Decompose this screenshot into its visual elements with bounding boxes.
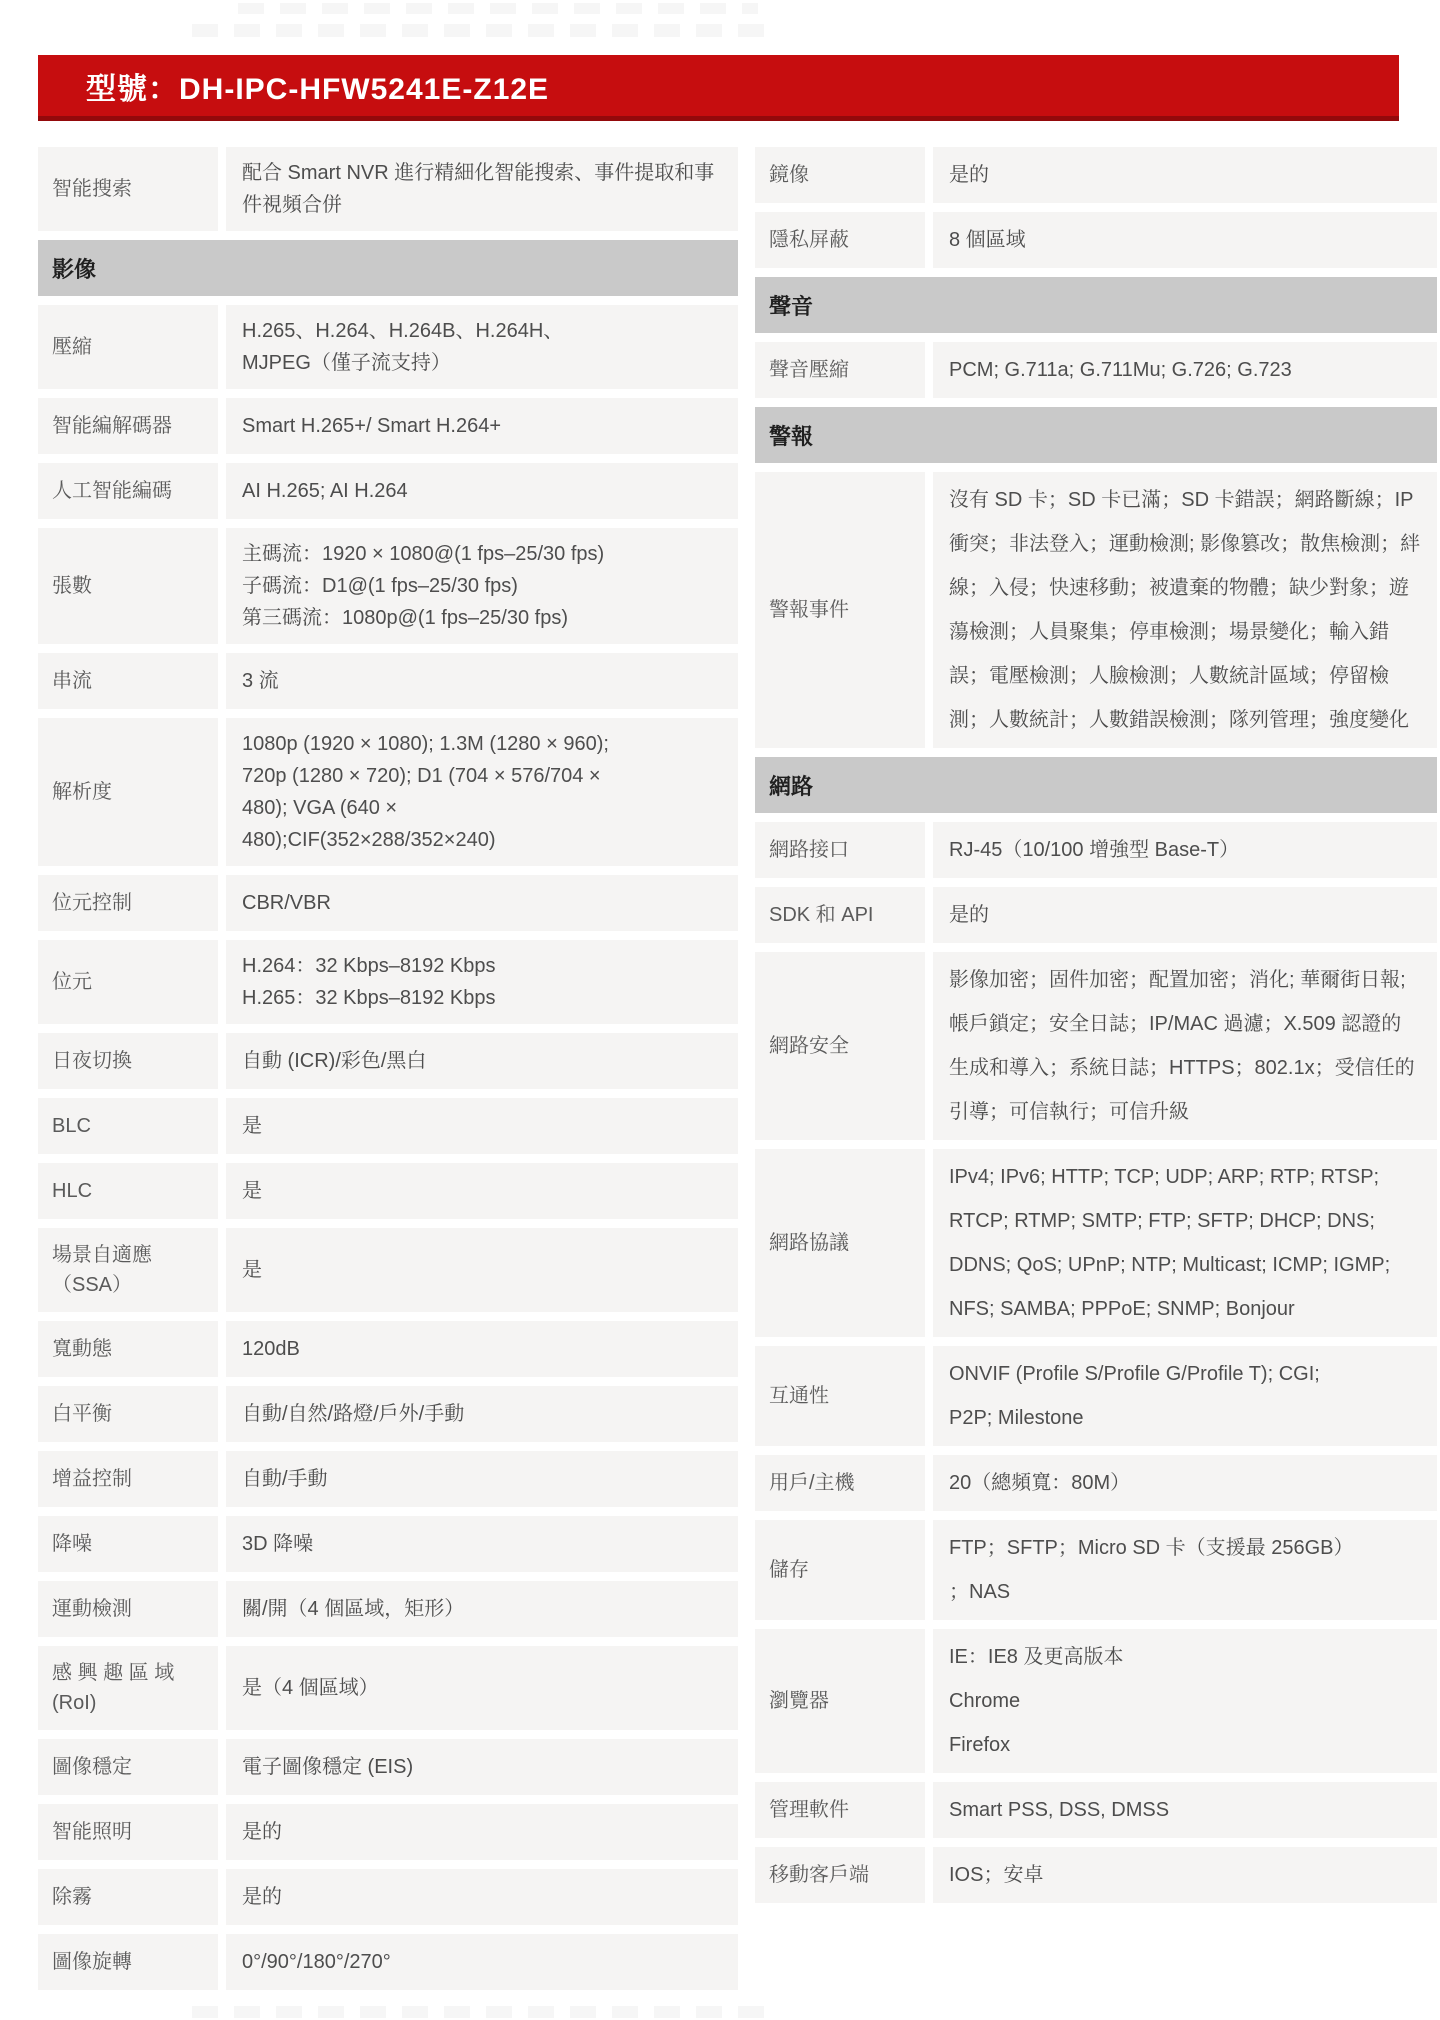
- spec-row: 瀏覽器IE：IE8 及更高版本 Chrome Firefox: [755, 1629, 1437, 1773]
- spec-value: 是的: [242, 1881, 282, 1913]
- spec-value-cell: 自動/手動: [226, 1451, 738, 1507]
- spec-label: 人工智能編碼: [52, 476, 172, 506]
- spec-label-cell: 智能照明: [38, 1804, 218, 1860]
- spec-label-cell: 人工智能編碼: [38, 463, 218, 519]
- section-header: 網路: [755, 757, 1437, 813]
- section-header: 影像: [38, 240, 738, 296]
- spec-row: HLC是: [38, 1163, 738, 1219]
- spec-value-cell: H.264：32 Kbps–8192 Kbps H.265：32 Kbps–81…: [226, 940, 738, 1024]
- spec-value-cell: CBR/VBR: [226, 875, 738, 931]
- spec-value: 0°/90°/180°/270°: [242, 1946, 391, 1978]
- spec-label-cell: SDK 和 API: [755, 887, 925, 943]
- spec-row: 隱私屏蔽8 個區域: [755, 212, 1437, 268]
- spec-row: 移動客戶端IOS；安卓: [755, 1847, 1437, 1903]
- spec-row: 網路接口RJ-45（10/100 增強型 Base-T）: [755, 822, 1437, 878]
- spec-value-cell: 3D 降噪: [226, 1516, 738, 1572]
- spec-value: 120dB: [242, 1333, 300, 1365]
- spec-value-cell: IE：IE8 及更高版本 Chrome Firefox: [933, 1629, 1437, 1773]
- spec-label-cell: 鏡像: [755, 147, 925, 203]
- spec-label-cell: 寬動態: [38, 1321, 218, 1377]
- spec-row: 白平衡自動/自然/路燈/戶外/手動: [38, 1386, 738, 1442]
- spec-row: 智能照明是的: [38, 1804, 738, 1860]
- spec-row: BLC是: [38, 1098, 738, 1154]
- spec-value: Smart PSS, DSS, DMSS: [949, 1788, 1169, 1832]
- spec-value: 主碼流：1920 × 1080@(1 fps–25/30 fps) 子碼流：D1…: [242, 538, 604, 634]
- spec-row: 儲存FTP；SFTP；Micro SD 卡（支援最 256GB） ；NAS: [755, 1520, 1437, 1620]
- spec-label-cell: 網路安全: [755, 952, 925, 1140]
- spec-value: 自動 (ICR)/彩色/黑白: [242, 1045, 426, 1077]
- spec-label: 鏡像: [769, 160, 809, 190]
- spec-row: 位元控制CBR/VBR: [38, 875, 738, 931]
- spec-value: 1080p (1920 × 1080); 1.3M (1280 × 960); …: [242, 728, 609, 856]
- spec-row: 網路協議IPv4; IPv6; HTTP; TCP; UDP; ARP; RTP…: [755, 1149, 1437, 1337]
- spec-value: H.264：32 Kbps–8192 Kbps H.265：32 Kbps–81…: [242, 950, 496, 1014]
- spec-value: 20（總頻寬：80M）: [949, 1461, 1130, 1505]
- spec-value: 8 個區域: [949, 218, 1026, 262]
- spec-label: 圖像旋轉: [52, 1947, 132, 1977]
- spec-value-cell: 是: [226, 1163, 738, 1219]
- spec-value: AI H.265; AI H.264: [242, 475, 408, 507]
- spec-row: 互通性ONVIF (Profile S/Profile G/Profile T)…: [755, 1346, 1437, 1446]
- spec-label: 用戶/主機: [769, 1468, 855, 1498]
- spec-value: CBR/VBR: [242, 887, 331, 919]
- spec-value-cell: Smart PSS, DSS, DMSS: [933, 1782, 1437, 1838]
- spec-label: 除霧: [52, 1882, 92, 1912]
- spec-label-cell: 除霧: [38, 1869, 218, 1925]
- section-header: 聲音: [755, 277, 1437, 333]
- spec-row: 智能編解碼器Smart H.265+/ Smart H.264+: [38, 398, 738, 454]
- spec-label: 位元控制: [52, 888, 132, 918]
- spec-value: FTP；SFTP；Micro SD 卡（支援最 256GB） ；NAS: [949, 1526, 1354, 1614]
- spec-label-cell: 儲存: [755, 1520, 925, 1620]
- spec-label: 瀏覽器: [769, 1686, 829, 1716]
- spec-label-cell: 串流: [38, 653, 218, 709]
- spec-label-cell: 智能搜索: [38, 147, 218, 231]
- spec-value-cell: 配合 Smart NVR 進行精細化智能搜索、事件提取和事件視頻合併: [226, 147, 738, 231]
- spec-row: 場景自適應 （SSA）是: [38, 1228, 738, 1312]
- spec-row: 圖像穩定電子圖像穩定 (EIS): [38, 1739, 738, 1795]
- spec-label-cell: 運動檢測: [38, 1581, 218, 1637]
- spec-value-cell: 自動 (ICR)/彩色/黑白: [226, 1033, 738, 1089]
- spec-label-cell: 場景自適應 （SSA）: [38, 1228, 218, 1312]
- cropped-text-artifact-bottom: [192, 2006, 770, 2018]
- spec-label: 位元: [52, 967, 92, 997]
- spec-row: 降噪3D 降噪: [38, 1516, 738, 1572]
- spec-value: 自動/手動: [242, 1463, 328, 1495]
- spec-value: PCM; G.711a; G.711Mu; G.726; G.723: [949, 348, 1292, 392]
- spec-label: 移動客戶端: [769, 1860, 869, 1890]
- spec-value: 沒有 SD 卡；SD 卡已滿；SD 卡錯誤；網路斷線；IP 衝突；非法登入；運動…: [949, 478, 1421, 742]
- spec-label: 增益控制: [52, 1464, 132, 1494]
- spec-row: 聲音壓縮PCM; G.711a; G.711Mu; G.726; G.723: [755, 342, 1437, 398]
- cropped-text-artifact-top: [238, 3, 758, 14]
- spec-label-cell: 互通性: [755, 1346, 925, 1446]
- spec-row: 運動檢測關/開（4 個區域，矩形）: [38, 1581, 738, 1637]
- model-title-bar: 型號：DH-IPC-HFW5241E-Z12E: [38, 55, 1399, 121]
- spec-value: 是: [242, 1254, 262, 1286]
- spec-label-cell: 用戶/主機: [755, 1455, 925, 1511]
- section-header-label: 警報: [769, 420, 813, 451]
- spec-value-cell: IPv4; IPv6; HTTP; TCP; UDP; ARP; RTP; RT…: [933, 1149, 1437, 1337]
- spec-row: 寬動態120dB: [38, 1321, 738, 1377]
- spec-table-right: 鏡像是的隱私屏蔽8 個區域聲音聲音壓縮PCM; G.711a; G.711Mu;…: [755, 147, 1437, 1999]
- spec-value-cell: 是的: [226, 1804, 738, 1860]
- spec-label-cell: BLC: [38, 1098, 218, 1154]
- spec-value-cell: RJ-45（10/100 增強型 Base-T）: [933, 822, 1437, 878]
- spec-label: 寬動態: [52, 1334, 112, 1364]
- spec-label-cell: 壓縮: [38, 305, 218, 389]
- spec-label: BLC: [52, 1111, 91, 1141]
- spec-row: 日夜切換自動 (ICR)/彩色/黑白: [38, 1033, 738, 1089]
- spec-value-cell: 20（總頻寬：80M）: [933, 1455, 1437, 1511]
- spec-table-left: 智能搜索配合 Smart NVR 進行精細化智能搜索、事件提取和事件視頻合併影像…: [38, 147, 738, 1999]
- spec-value: 是: [242, 1110, 262, 1142]
- spec-label: 降噪: [52, 1529, 92, 1559]
- spec-value-cell: 主碼流：1920 × 1080@(1 fps–25/30 fps) 子碼流：D1…: [226, 528, 738, 644]
- spec-label-cell: 圖像旋轉: [38, 1934, 218, 1990]
- spec-row: 網路安全影像加密；固件加密；配置加密；消化; 華爾街日報; 帳戶鎖定；安全日誌；…: [755, 952, 1437, 1140]
- spec-value: 關/開（4 個區域，矩形）: [242, 1593, 464, 1625]
- model-title: 型號：DH-IPC-HFW5241E-Z12E: [86, 64, 549, 108]
- spec-label-cell: 智能編解碼器: [38, 398, 218, 454]
- spec-value: 自動/自然/路燈/戶外/手動: [242, 1398, 464, 1430]
- spec-value-cell: 沒有 SD 卡；SD 卡已滿；SD 卡錯誤；網路斷線；IP 衝突；非法登入；運動…: [933, 472, 1437, 748]
- spec-value: 影像加密；固件加密；配置加密；消化; 華爾街日報; 帳戶鎖定；安全日誌；IP/M…: [949, 958, 1421, 1134]
- spec-value: Smart H.265+/ Smart H.264+: [242, 410, 501, 442]
- spec-value: 配合 Smart NVR 進行精細化智能搜索、事件提取和事件視頻合併: [242, 157, 722, 221]
- spec-label: 網路接口: [769, 835, 849, 865]
- spec-row: SDK 和 API是的: [755, 887, 1437, 943]
- spec-label-cell: 感 興 趣 區 域 (RoI): [38, 1646, 218, 1730]
- spec-label: 場景自適應 （SSA）: [52, 1240, 152, 1300]
- spec-value-cell: 電子圖像穩定 (EIS): [226, 1739, 738, 1795]
- spec-row: 張數主碼流：1920 × 1080@(1 fps–25/30 fps) 子碼流：…: [38, 528, 738, 644]
- spec-label: 串流: [52, 666, 92, 696]
- spec-label: 聲音壓縮: [769, 355, 849, 385]
- spec-row: 解析度1080p (1920 × 1080); 1.3M (1280 × 960…: [38, 718, 738, 866]
- spec-label-cell: 瀏覽器: [755, 1629, 925, 1773]
- spec-row: 圖像旋轉0°/90°/180°/270°: [38, 1934, 738, 1990]
- spec-row: 人工智能編碼AI H.265; AI H.264: [38, 463, 738, 519]
- spec-label: SDK 和 API: [769, 900, 873, 930]
- spec-label: 運動檢測: [52, 1594, 132, 1624]
- spec-label-cell: 白平衡: [38, 1386, 218, 1442]
- spec-row: 串流3 流: [38, 653, 738, 709]
- section-header-label: 聲音: [769, 290, 813, 321]
- spec-value-cell: Smart H.265+/ Smart H.264+: [226, 398, 738, 454]
- spec-value: RJ-45（10/100 增強型 Base-T）: [949, 828, 1239, 872]
- spec-label: 網路協議: [769, 1228, 849, 1258]
- spec-row: 除霧是的: [38, 1869, 738, 1925]
- spec-label-cell: 聲音壓縮: [755, 342, 925, 398]
- spec-value: IOS；安卓: [949, 1853, 1043, 1897]
- spec-value: 是的: [949, 153, 989, 197]
- spec-value-cell: AI H.265; AI H.264: [226, 463, 738, 519]
- spec-value: 是（4 個區域）: [242, 1672, 379, 1704]
- spec-label: 儲存: [769, 1555, 809, 1585]
- spec-label-cell: 隱私屏蔽: [755, 212, 925, 268]
- spec-label-cell: 解析度: [38, 718, 218, 866]
- spec-value-cell: IOS；安卓: [933, 1847, 1437, 1903]
- spec-value-cell: FTP；SFTP；Micro SD 卡（支援最 256GB） ；NAS: [933, 1520, 1437, 1620]
- section-header: 警報: [755, 407, 1437, 463]
- spec-label: 張數: [52, 571, 92, 601]
- spec-label-cell: 移動客戶端: [755, 1847, 925, 1903]
- spec-value-cell: 3 流: [226, 653, 738, 709]
- spec-value-cell: ONVIF (Profile S/Profile G/Profile T); C…: [933, 1346, 1437, 1446]
- spec-value-cell: 關/開（4 個區域，矩形）: [226, 1581, 738, 1637]
- spec-row: 警報事件沒有 SD 卡；SD 卡已滿；SD 卡錯誤；網路斷線；IP 衝突；非法登…: [755, 472, 1437, 748]
- spec-label-cell: 網路接口: [755, 822, 925, 878]
- spec-value-cell: 是的: [933, 887, 1437, 943]
- spec-label-cell: 網路協議: [755, 1149, 925, 1337]
- spec-label-cell: 日夜切換: [38, 1033, 218, 1089]
- spec-value-cell: 是: [226, 1098, 738, 1154]
- spec-label: 網路安全: [769, 1031, 849, 1061]
- spec-value: 3D 降噪: [242, 1528, 313, 1560]
- spec-label: 白平衡: [52, 1399, 112, 1429]
- spec-value-cell: 是的: [933, 147, 1437, 203]
- spec-label: 智能搜索: [52, 174, 132, 204]
- spec-label: 隱私屏蔽: [769, 225, 849, 255]
- spec-value: IPv4; IPv6; HTTP; TCP; UDP; ARP; RTP; RT…: [949, 1155, 1421, 1331]
- spec-row: 管理軟件Smart PSS, DSS, DMSS: [755, 1782, 1437, 1838]
- section-header-label: 影像: [52, 253, 96, 284]
- spec-label: 解析度: [52, 777, 112, 807]
- spec-label: 智能編解碼器: [52, 411, 172, 441]
- cropped-text-artifact-top: [192, 24, 770, 37]
- spec-label: 壓縮: [52, 332, 92, 362]
- spec-label-cell: 張數: [38, 528, 218, 644]
- spec-label-cell: 位元控制: [38, 875, 218, 931]
- spec-label-cell: 管理軟件: [755, 1782, 925, 1838]
- spec-value: IE：IE8 及更高版本 Chrome Firefox: [949, 1635, 1123, 1767]
- spec-label-cell: 位元: [38, 940, 218, 1024]
- spec-value: ONVIF (Profile S/Profile G/Profile T); C…: [949, 1352, 1320, 1440]
- spec-label: HLC: [52, 1176, 92, 1206]
- spec-label: 感 興 趣 區 域 (RoI): [52, 1658, 174, 1718]
- spec-label: 警報事件: [769, 595, 849, 625]
- spec-label-cell: 警報事件: [755, 472, 925, 748]
- spec-value-cell: 是（4 個區域）: [226, 1646, 738, 1730]
- spec-value-cell: 是的: [226, 1869, 738, 1925]
- spec-value-cell: H.265、H.264、H.264B、H.264H、 MJPEG（僅子流支持）: [226, 305, 738, 389]
- spec-value-cell: 是: [226, 1228, 738, 1312]
- spec-label-cell: 降噪: [38, 1516, 218, 1572]
- spec-label: 日夜切換: [52, 1046, 132, 1076]
- spec-label-cell: 圖像穩定: [38, 1739, 218, 1795]
- spec-row: 用戶/主機20（總頻寬：80M）: [755, 1455, 1437, 1511]
- spec-label-cell: 增益控制: [38, 1451, 218, 1507]
- spec-row: 感 興 趣 區 域 (RoI)是（4 個區域）: [38, 1646, 738, 1730]
- section-header-label: 網路: [769, 770, 813, 801]
- spec-label: 互通性: [769, 1381, 829, 1411]
- spec-value-cell: 影像加密；固件加密；配置加密；消化; 華爾街日報; 帳戶鎖定；安全日誌；IP/M…: [933, 952, 1437, 1140]
- spec-row: 鏡像是的: [755, 147, 1437, 203]
- spec-row: 智能搜索配合 Smart NVR 進行精細化智能搜索、事件提取和事件視頻合併: [38, 147, 738, 231]
- spec-value: H.265、H.264、H.264B、H.264H、 MJPEG（僅子流支持）: [242, 315, 563, 379]
- spec-tables: 智能搜索配合 Smart NVR 進行精細化智能搜索、事件提取和事件視頻合併影像…: [38, 147, 1437, 1999]
- spec-value-cell: 8 個區域: [933, 212, 1437, 268]
- spec-value: 是的: [242, 1816, 282, 1848]
- spec-row: 增益控制自動/手動: [38, 1451, 738, 1507]
- spec-value: 電子圖像穩定 (EIS): [242, 1751, 413, 1783]
- spec-value: 3 流: [242, 665, 279, 697]
- spec-row: 位元H.264：32 Kbps–8192 Kbps H.265：32 Kbps–…: [38, 940, 738, 1024]
- spec-value-cell: 120dB: [226, 1321, 738, 1377]
- spec-value-cell: 1080p (1920 × 1080); 1.3M (1280 × 960); …: [226, 718, 738, 866]
- spec-label: 圖像穩定: [52, 1752, 132, 1782]
- spec-value-cell: 0°/90°/180°/270°: [226, 1934, 738, 1990]
- spec-label: 智能照明: [52, 1817, 132, 1847]
- spec-label: 管理軟件: [769, 1795, 849, 1825]
- spec-row: 壓縮H.265、H.264、H.264B、H.264H、 MJPEG（僅子流支持…: [38, 305, 738, 389]
- spec-label-cell: HLC: [38, 1163, 218, 1219]
- spec-value-cell: PCM; G.711a; G.711Mu; G.726; G.723: [933, 342, 1437, 398]
- spec-value: 是: [242, 1175, 262, 1207]
- spec-value-cell: 自動/自然/路燈/戶外/手動: [226, 1386, 738, 1442]
- spec-value: 是的: [949, 893, 989, 937]
